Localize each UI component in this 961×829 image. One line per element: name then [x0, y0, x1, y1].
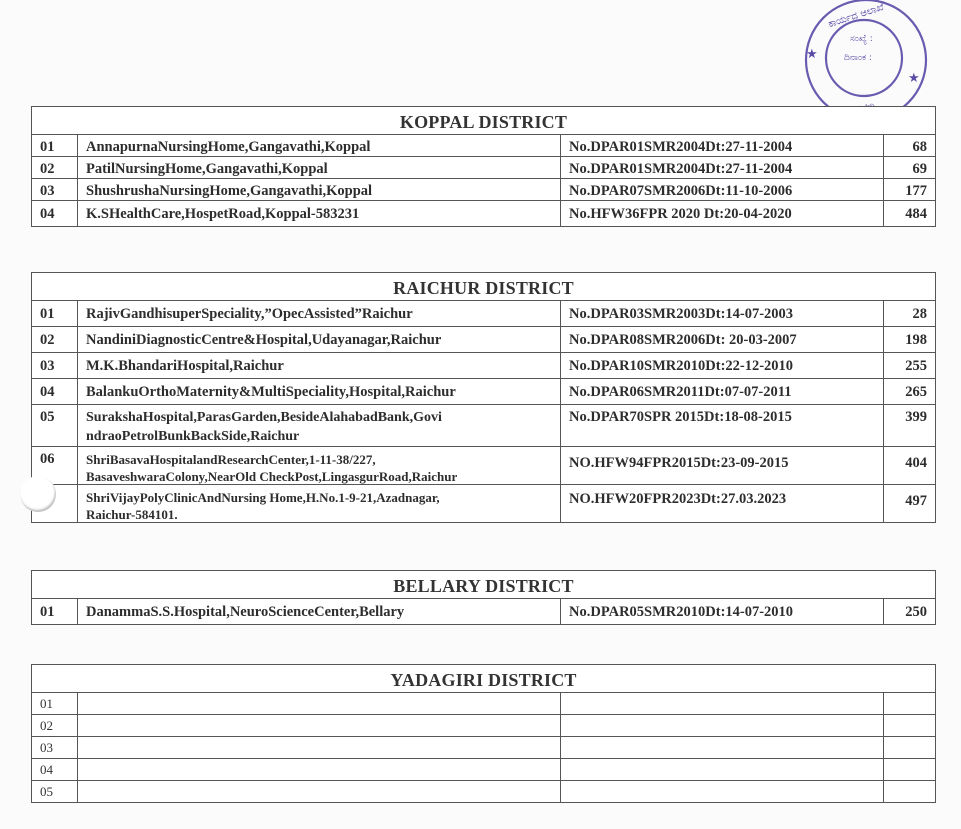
star-icon: ★ [908, 71, 920, 86]
table-row: 02 NandiniDiagnosticCentre&Hospital,Uday… [32, 327, 935, 353]
registration-number: 255 [884, 353, 935, 378]
serial-number: 02 [32, 327, 78, 352]
hospital-name [78, 737, 561, 758]
hospital-name: ShushrushaNursingHome,Gangavathi,Koppal [78, 179, 561, 200]
registration-number: 484 [884, 201, 935, 226]
serial-number: 01 [32, 301, 78, 326]
order-number [561, 737, 884, 758]
registration-number: 68 [884, 135, 935, 156]
table-row: 03 ShushrushaNursingHome,Gangavathi,Kopp… [32, 179, 935, 201]
serial-number: 03 [32, 737, 78, 758]
table-row: 01 [32, 693, 935, 715]
hospital-name: NandiniDiagnosticCentre&Hospital,Udayana… [78, 327, 561, 352]
hospital-name-line-1: ShriVijayPolyClinicAndNursing Home,H.No.… [86, 489, 552, 506]
hospital-name [78, 759, 561, 780]
registration-number: 250 [884, 599, 935, 624]
table-row: 02 PatilNursingHome,Gangavathi,Koppal No… [32, 157, 935, 179]
table-row: 02 [32, 715, 935, 737]
punch-hole [20, 476, 56, 512]
table-row: 01 RajivGandhisuperSpeciality,”OpecAssis… [32, 301, 935, 327]
hospital-name-line-2: Raichur-584101. [86, 506, 552, 523]
order-number: No.DPAR05SMR2010Dt:14-07-2010 [561, 599, 884, 624]
hospital-name: RajivGandhisuperSpeciality,”OpecAssisted… [78, 301, 561, 326]
hospital-name [78, 781, 561, 802]
order-number [561, 759, 884, 780]
table-row: 01 AnnapurnaNursingHome,Gangavathi,Koppa… [32, 135, 935, 157]
order-number: No.DPAR03SMR2003Dt:14-07-2003 [561, 301, 884, 326]
raichur-district-table: RAICHUR DISTRICT 01 RajivGandhisuperSpec… [31, 272, 936, 523]
serial-number: 04 [32, 201, 78, 226]
star-icon: ★ [806, 47, 818, 62]
table-row: 05 [32, 781, 935, 802]
order-number [561, 781, 884, 802]
hospital-name: M.K.BhandariHospital,Raichur [78, 353, 561, 378]
order-number: No.DPAR01SMR2004Dt:27-11-2004 [561, 157, 884, 178]
registration-number: 198 [884, 327, 935, 352]
order-number [561, 715, 884, 736]
table-row: 04 K.SHealthCare,HospetRoad,Koppal-58323… [32, 201, 935, 226]
serial-number: 01 [32, 135, 78, 156]
table-row: 04 BalankuOrthoMaternity&MultiSpeciality… [32, 379, 935, 405]
registration-number: 399 [884, 405, 935, 446]
hospital-name [78, 693, 561, 714]
stamp-line-2: ದಿನಾಂಕ : [844, 53, 872, 63]
registration-number: 265 [884, 379, 935, 404]
order-number: No.DPAR07SMR2006Dt:11-10-2006 [561, 179, 884, 200]
hospital-name: AnnapurnaNursingHome,Gangavathi,Koppal [78, 135, 561, 156]
order-number: No.DPAR10SMR2010Dt:22-12-2010 [561, 353, 884, 378]
serial-number: 01 [32, 599, 78, 624]
hospital-name-line-2: BasaveshwaraColony,NearOld CheckPost,Lin… [86, 468, 552, 485]
table-row: 01 DanammaS.S.Hospital,NeuroScienceCente… [32, 599, 935, 624]
order-number [561, 693, 884, 714]
hospital-name [78, 715, 561, 736]
serial-number: 01 [32, 693, 78, 714]
bellary-district-table: BELLARY DISTRICT 01 DanammaS.S.Hospital,… [31, 570, 936, 625]
hospital-name: K.SHealthCare,HospetRoad,Koppal-583231 [78, 201, 561, 226]
registration-number: 404 [884, 447, 935, 484]
registration-number [884, 759, 935, 780]
order-number: No.DPAR01SMR2004Dt:27-11-2004 [561, 135, 884, 156]
table-title: RAICHUR DISTRICT [32, 273, 935, 301]
order-number: No.DPAR08SMR2006Dt: 20-03-2007 [561, 327, 884, 352]
order-number: NO.HFW20FPR2023Dt:27.03.2023 [561, 485, 884, 522]
hospital-name: DanammaS.S.Hospital,NeuroScienceCenter,B… [78, 599, 561, 624]
registration-number: 497 [884, 485, 935, 522]
hospital-name-line-1: ShriBasavaHospitalandResearchCenter,1-11… [86, 451, 552, 468]
order-number: No.HFW36FPR 2020 Dt:20-04-2020 [561, 201, 884, 226]
serial-number: 04 [32, 379, 78, 404]
serial-number: 03 [32, 353, 78, 378]
stamp-outer-text: ಕಾರ್ಯದ ಆಲಾಖೆ [827, 2, 886, 31]
table-row: 04 [32, 759, 935, 781]
order-number: No.DPAR70SPR 2015Dt:18-08-2015 [561, 405, 884, 446]
hospital-name: BalankuOrthoMaternity&MultiSpeciality,Ho… [78, 379, 561, 404]
table-title: KOPPAL DISTRICT [32, 107, 935, 135]
table-row: 03 [32, 737, 935, 759]
registration-number: 69 [884, 157, 935, 178]
hospital-name-line-1: SurakshaHospital,ParasGarden,BesideAlaha… [86, 408, 552, 427]
table-title: YADAGIRI DISTRICT [32, 665, 935, 693]
hospital-name: PatilNursingHome,Gangavathi,Koppal [78, 157, 561, 178]
table-row: 06 ShriBasavaHospitalandResearchCenter,1… [32, 447, 935, 485]
serial-number: 02 [32, 157, 78, 178]
stamp-line-1: ಸಂಖ್ಯೆ : [850, 34, 873, 45]
serial-number: 04 [32, 759, 78, 780]
registration-number [884, 737, 935, 758]
order-number: No.DPAR06SMR2011Dt:07-07-2011 [561, 379, 884, 404]
serial-number: 02 [32, 715, 78, 736]
yadagiri-district-table: YADAGIRI DISTRICT 01 02 03 04 05 [31, 664, 936, 803]
koppal-district-table: KOPPAL DISTRICT 01 AnnapurnaNursingHome,… [31, 106, 936, 227]
serial-number: 05 [32, 405, 78, 446]
hospital-name: ShriVijayPolyClinicAndNursing Home,H.No.… [78, 485, 561, 522]
hospital-name-line-2: ndraoPetrolBunkBackSide,Raichur [86, 427, 552, 446]
registration-number [884, 715, 935, 736]
registration-number [884, 781, 935, 802]
table-title: BELLARY DISTRICT [32, 571, 935, 599]
table-row: 07 ShriVijayPolyClinicAndNursing Home,H.… [32, 485, 935, 522]
order-number: NO.HFW94FPR2015Dt:23-09-2015 [561, 447, 884, 484]
registration-number: 28 [884, 301, 935, 326]
serial-number: 05 [32, 781, 78, 802]
registration-number [884, 693, 935, 714]
table-row: 05 SurakshaHospital,ParasGarden,BesideAl… [32, 405, 935, 447]
hospital-name: ShriBasavaHospitalandResearchCenter,1-11… [78, 447, 561, 484]
table-row: 03 M.K.BhandariHospital,Raichur No.DPAR1… [32, 353, 935, 379]
registration-number: 177 [884, 179, 935, 200]
serial-number: 03 [32, 179, 78, 200]
hospital-name: SurakshaHospital,ParasGarden,BesideAlaha… [78, 405, 561, 446]
